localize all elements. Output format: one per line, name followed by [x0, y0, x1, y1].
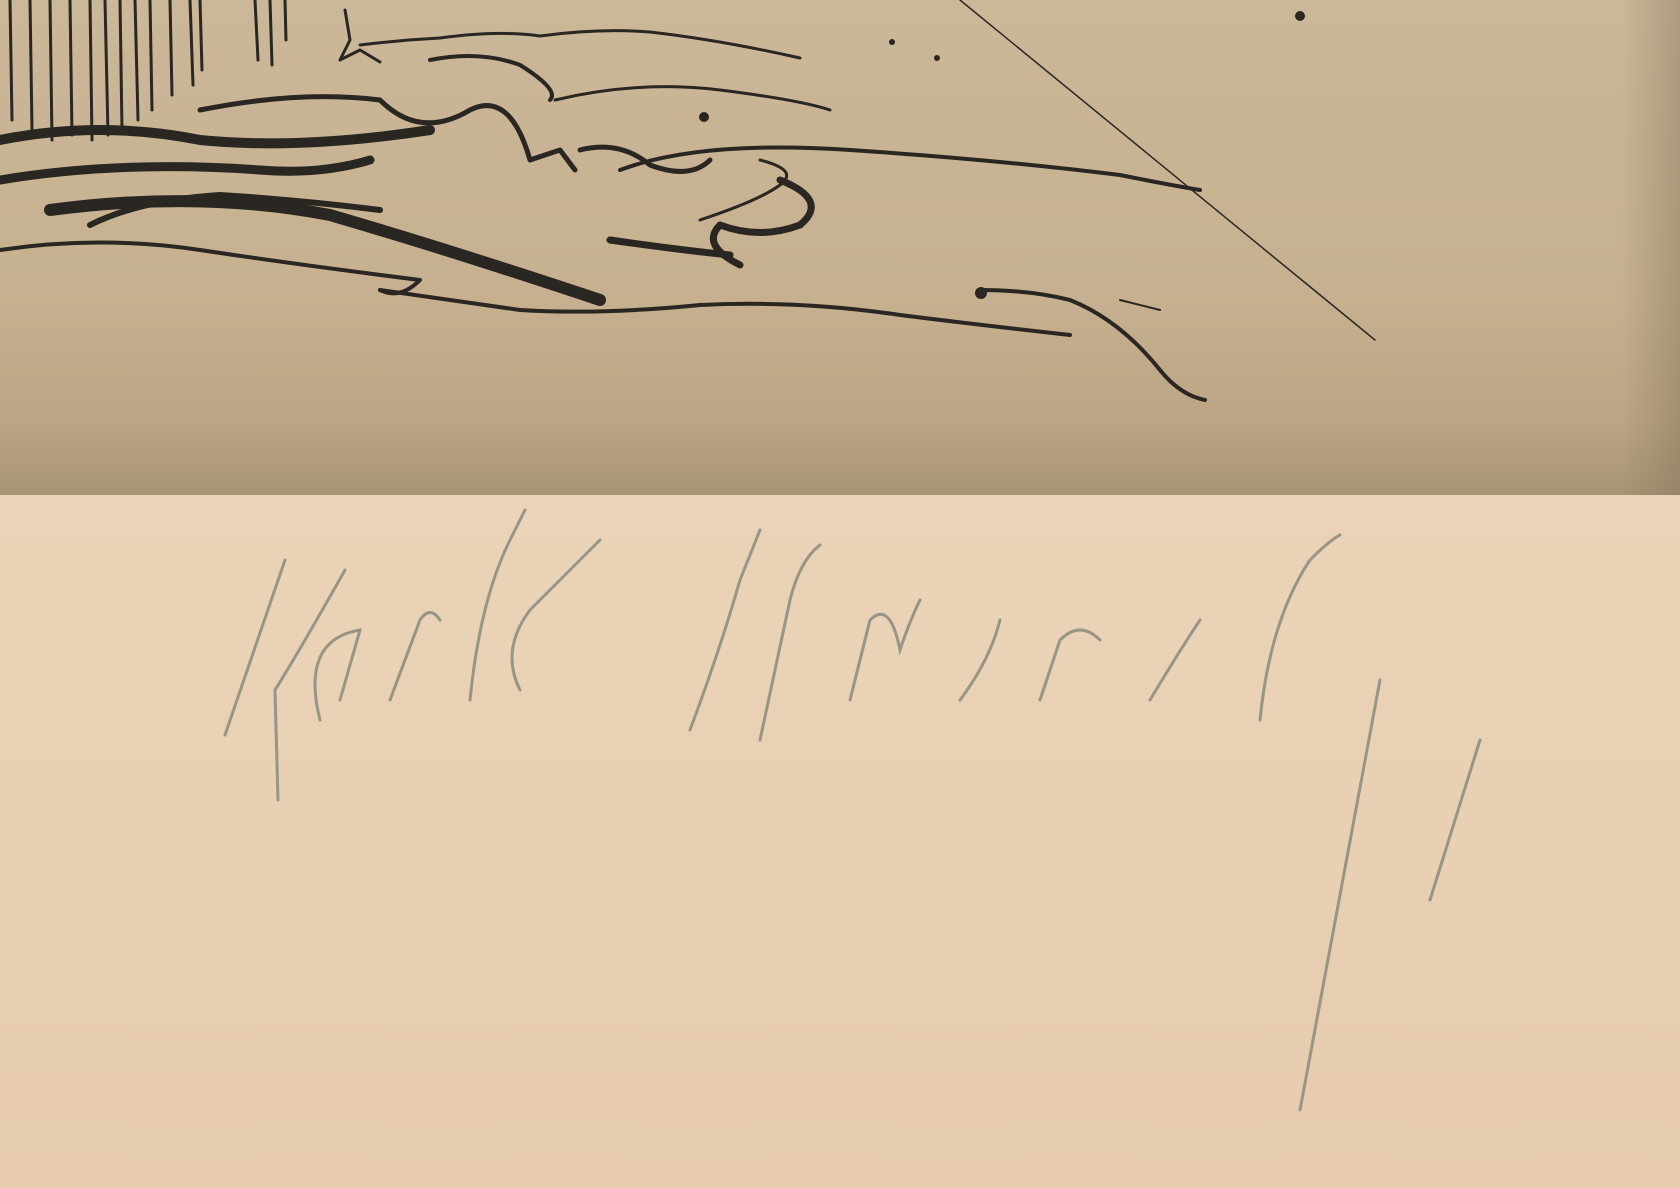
- pencil-signature: [225, 510, 1480, 1110]
- etched-lines: [0, 0, 1680, 1188]
- etching-photo: Karl Mahnel: [0, 0, 1680, 1188]
